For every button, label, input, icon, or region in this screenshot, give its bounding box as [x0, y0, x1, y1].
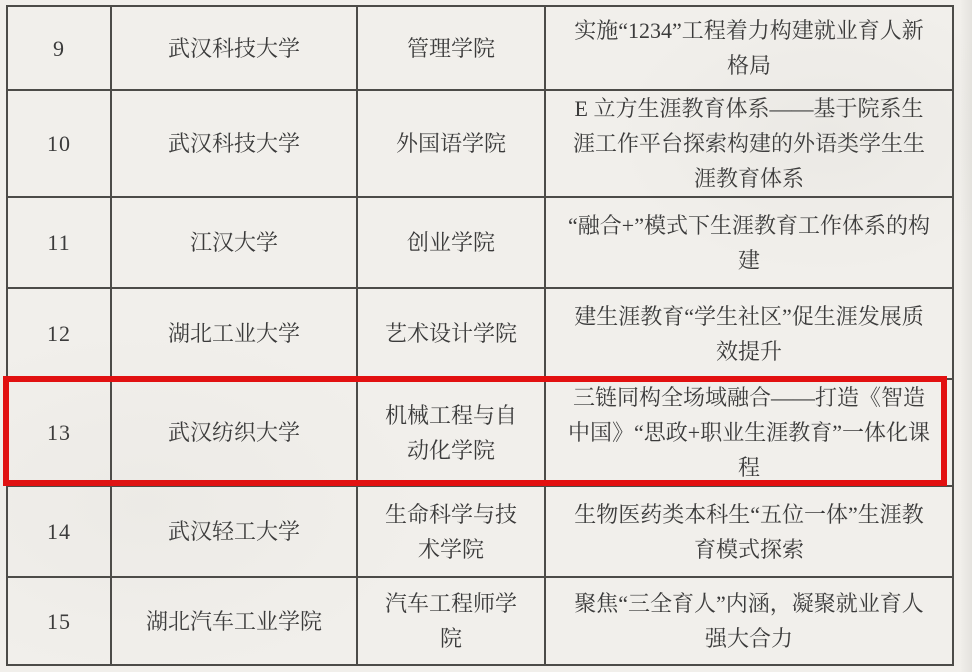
row-number: 9	[7, 6, 111, 90]
table-row: 11 江汉大学 创业学院 “融合+”模式下生涯教育工作体系的构建	[7, 197, 953, 288]
table-row: 14 武汉轻工大学 生命科学与技术学院 生物医药类本科生“五位一体”生涯教育模式…	[7, 486, 953, 577]
college-name: 汽车工程师学院	[357, 577, 545, 665]
project-title: “融合+”模式下生涯教育工作体系的构建	[545, 197, 953, 288]
college-name: 外国语学院	[357, 90, 545, 197]
college-name: 生命科学与技术学院	[357, 486, 545, 577]
project-title: 实施“1234”工程着力构建就业育人新格局	[545, 6, 953, 90]
scanned-document-page: 9 武汉科技大学 管理学院 实施“1234”工程着力构建就业育人新格局 10 武…	[0, 0, 972, 672]
project-title: 建生涯教育“学生社区”促生涯发展质效提升	[545, 288, 953, 379]
university-name: 武汉纺织大学	[111, 379, 357, 486]
college-name: 管理学院	[357, 6, 545, 90]
college-name: 艺术设计学院	[357, 288, 545, 379]
row-number: 13	[7, 379, 111, 486]
table-row-highlighted: 13 武汉纺织大学 机械工程与自动化学院 三链同构全场域融合——打造《智造中国》…	[7, 379, 953, 486]
scan-edge-shadow	[960, 0, 972, 672]
college-name: 机械工程与自动化学院	[357, 379, 545, 486]
row-number: 15	[7, 577, 111, 665]
project-title: E 立方生涯教育体系——基于院系生涯工作平台探索构建的外语类学生生涯教育体系	[545, 90, 953, 197]
university-name: 湖北工业大学	[111, 288, 357, 379]
row-number: 11	[7, 197, 111, 288]
project-title: 三链同构全场域融合——打造《智造中国》“思政+职业生涯教育”一体化课程	[545, 379, 953, 486]
award-list-table: 9 武汉科技大学 管理学院 实施“1234”工程着力构建就业育人新格局 10 武…	[6, 5, 954, 666]
university-name: 武汉轻工大学	[111, 486, 357, 577]
university-name: 湖北汽车工业学院	[111, 577, 357, 665]
university-name: 武汉科技大学	[111, 6, 357, 90]
row-number: 14	[7, 486, 111, 577]
table-row: 9 武汉科技大学 管理学院 实施“1234”工程着力构建就业育人新格局	[7, 6, 953, 90]
table-row: 15 湖北汽车工业学院 汽车工程师学院 聚焦“三全育人”内涵，凝聚就业育人强大合…	[7, 577, 953, 665]
university-name: 江汉大学	[111, 197, 357, 288]
college-name: 创业学院	[357, 197, 545, 288]
row-number: 10	[7, 90, 111, 197]
table-row: 12 湖北工业大学 艺术设计学院 建生涯教育“学生社区”促生涯发展质效提升	[7, 288, 953, 379]
project-title: 聚焦“三全育人”内涵，凝聚就业育人强大合力	[545, 577, 953, 665]
row-number: 12	[7, 288, 111, 379]
university-name: 武汉科技大学	[111, 90, 357, 197]
project-title: 生物医药类本科生“五位一体”生涯教育模式探索	[545, 486, 953, 577]
table-row: 10 武汉科技大学 外国语学院 E 立方生涯教育体系——基于院系生涯工作平台探索…	[7, 90, 953, 197]
